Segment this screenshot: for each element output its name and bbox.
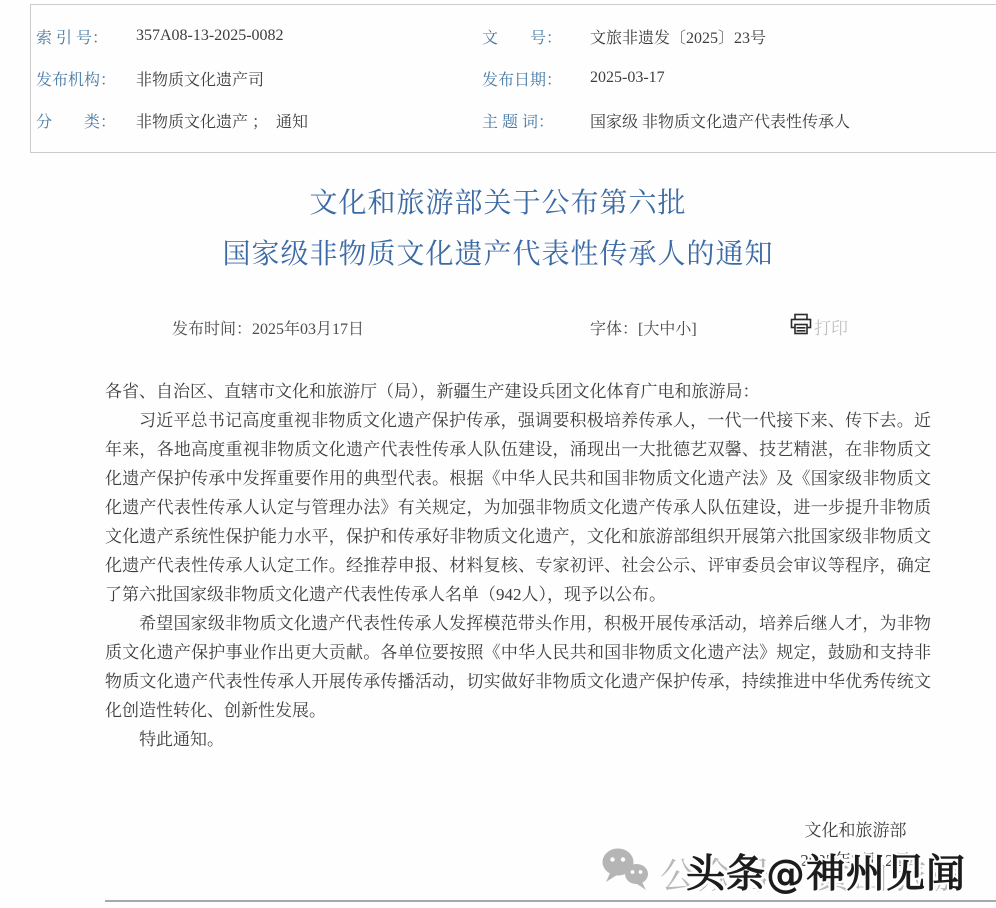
publish-time: 发布时间：2025年03月17日: [172, 316, 364, 339]
field-publish-date: 发布日期： 2025-03-17: [482, 67, 996, 90]
field-subject: 主 题 词： 国家级 非物质文化遗产代表性传承人: [482, 109, 996, 132]
page-title: 文化和旅游部关于公布第六批 国家级非物质文化遗产代表性传承人的通知: [84, 178, 912, 280]
field-category: 分 类： 非物质文化遗产 ； 通知: [31, 109, 482, 132]
field-index-no-value: 357A08-13-2025-0082: [136, 27, 284, 45]
printer-icon: [789, 312, 813, 341]
publish-meta-row: 发布时间：2025年03月17日 字体：[大中小] 打印: [105, 312, 933, 342]
wechat-icon: [600, 846, 652, 901]
print-button[interactable]: 打印: [789, 312, 848, 341]
body-paragraph-2: 希望国家级非物质文化遗产代表性传承人发挥模范带头作用，积极开展传承活动，培养后继…: [105, 609, 931, 725]
body-paragraph-salutation: 各省、自治区、直辖市文化和旅游厅（局），新疆生产建设兵团文化体育广电和旅游局：: [105, 377, 931, 406]
publish-time-label: 发布时间：: [172, 321, 252, 338]
document-page: 索 引 号： 357A08-13-2025-0082 文 号： 文旅非遗发〔20…: [0, 0, 996, 908]
field-doc-no-value: 文旅非遗发〔2025〕23号: [590, 25, 766, 48]
body-paragraph-1: 习近平总书记高度重视非物质文化遗产保护传承，强调要积极培养传承人，一代一代接下来…: [105, 406, 931, 609]
field-subject-value: 国家级 非物质文化遗产代表性传承人: [590, 109, 850, 132]
field-issuing-agency-value: 非物质文化遗产司: [136, 67, 264, 90]
field-subject-label: 主 题 词：: [482, 109, 590, 132]
doc-meta-box: 索 引 号： 357A08-13-2025-0082 文 号： 文旅非遗发〔20…: [30, 4, 996, 153]
meta-row-2: 发布机构： 非物质文化遗产司 发布日期： 2025-03-17: [31, 67, 996, 90]
field-issuing-agency-label: 发布机构：: [36, 67, 136, 90]
signature-org: 文化和旅游部: [758, 816, 953, 846]
font-size-control: 字体：[大中小]: [590, 316, 697, 339]
page-title-line1: 文化和旅游部关于公布第六批: [84, 178, 912, 229]
field-doc-no-label: 文 号：: [482, 25, 590, 48]
field-publish-date-value: 2025-03-17: [590, 69, 665, 87]
field-issuing-agency: 发布机构： 非物质文化遗产司: [31, 67, 482, 90]
meta-row-1: 索 引 号： 357A08-13-2025-0082 文 号： 文旅非遗发〔20…: [31, 25, 996, 48]
doc-body: 各省、自治区、直辖市文化和旅游厅（局），新疆生产建设兵团文化体育广电和旅游局： …: [105, 377, 931, 754]
page-title-line2: 国家级非物质文化遗产代表性传承人的通知: [84, 229, 912, 280]
field-index-no-label: 索 引 号：: [36, 25, 136, 48]
field-doc-no: 文 号： 文旅非遗发〔2025〕23号: [482, 25, 996, 48]
font-size-options[interactable]: [大中小]: [638, 321, 697, 338]
field-category-value: 非物质文化遗产 ； 通知: [136, 109, 308, 132]
field-category-label: 分 类：: [36, 109, 136, 132]
publish-time-value: 2025年03月17日: [252, 321, 364, 338]
font-size-label: 字体：: [590, 321, 638, 338]
body-paragraph-closing: 特此通知。: [105, 725, 931, 754]
toutiao-watermark: 头条@神州见闻: [686, 843, 966, 899]
field-index-no: 索 引 号： 357A08-13-2025-0082: [31, 25, 482, 48]
print-button-label: 打印: [814, 314, 848, 339]
meta-row-3: 分 类： 非物质文化遗产 ； 通知 主 题 词： 国家级 非物质文化遗产代表性传…: [31, 109, 996, 132]
field-publish-date-label: 发布日期：: [482, 67, 590, 90]
